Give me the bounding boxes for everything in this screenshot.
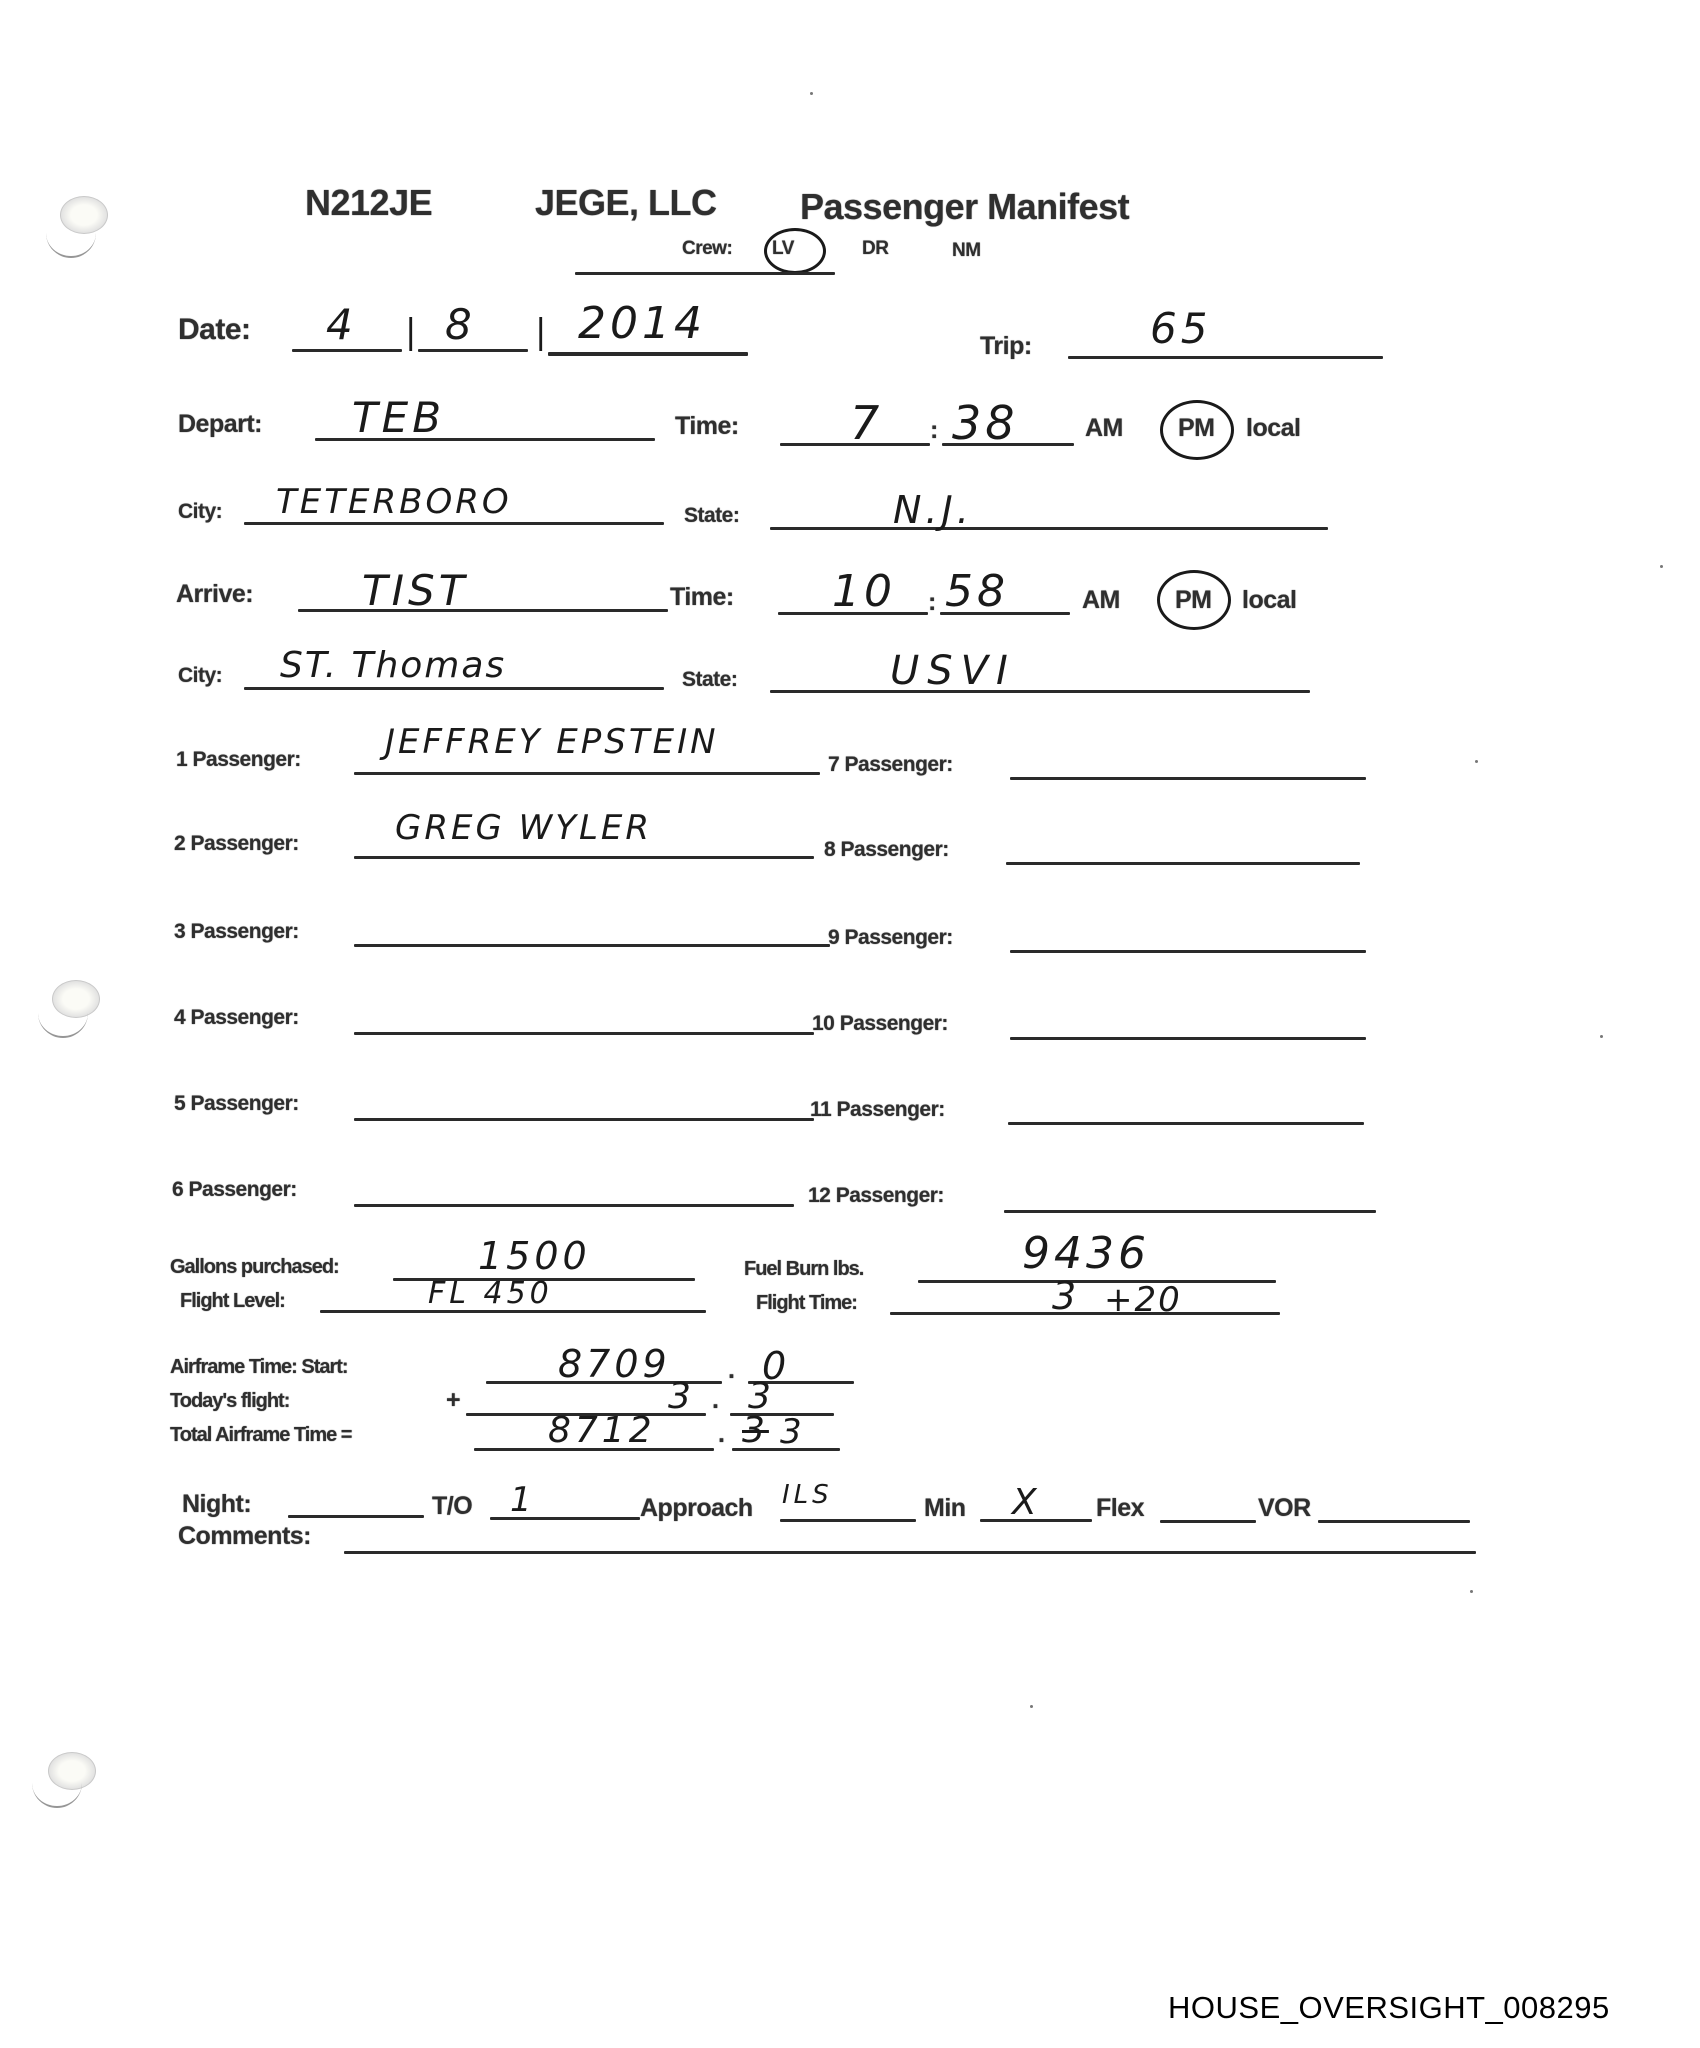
scan-speck [1600, 1035, 1603, 1038]
crew-label: Crew: [682, 238, 732, 260]
depart-hour-field[interactable]: 7 [850, 396, 883, 450]
scan-speck [1030, 1705, 1033, 1708]
punch-hole-mark [46, 232, 96, 258]
arrive-pm-circle [1157, 570, 1231, 630]
passenger-8-label: 8 Passenger: [824, 838, 949, 862]
arrive-hour-field[interactable]: 10 [832, 566, 896, 617]
passenger-6-label: 6 Passenger: [172, 1178, 297, 1202]
time-colon: : [930, 416, 938, 445]
passenger-3-label: 3 Passenger: [174, 920, 299, 944]
date-separator: | [535, 312, 550, 352]
arrive-line [298, 609, 668, 612]
passenger-5-label: 5 Passenger: [174, 1092, 299, 1116]
arrive-state-field[interactable]: USVI [890, 648, 1016, 694]
crew-underline [575, 272, 835, 275]
arrive-local-label: local [1242, 586, 1296, 615]
vor-line [1318, 1520, 1470, 1523]
document-title: Passenger Manifest [800, 186, 1129, 228]
flight-time-hours-field[interactable]: 3 [1052, 1274, 1080, 1318]
tail-number: N212JE [305, 182, 432, 224]
decimal-point: . [728, 1356, 734, 1385]
passenger-12-label: 12 Passenger: [808, 1184, 944, 1208]
date-month-field[interactable]: 4 [326, 300, 357, 349]
fuel-burn-line [918, 1280, 1276, 1283]
passenger-2-label: 2 Passenger: [174, 832, 299, 856]
depart-pm-circle [1160, 400, 1234, 460]
arrive-minute-field[interactable]: 58 [945, 566, 1009, 617]
date-month-line [292, 349, 402, 352]
arrive-time-label: Time: [670, 583, 734, 612]
arrive-state-label: State: [682, 668, 737, 692]
airframe-start-whole-field[interactable]: 8709 [558, 1342, 671, 1386]
total-airframe-tenths-field[interactable]: 3 [780, 1412, 806, 1452]
punch-hole-mark [32, 1782, 82, 1808]
scan-speck [1475, 760, 1478, 763]
takeoff-label: T/O [432, 1492, 472, 1521]
passenger-1-field[interactable]: JEFFREY EPSTEIN [385, 722, 719, 762]
todays-flight-whole-field[interactable]: 3 [668, 1376, 695, 1417]
night-label: Night: [182, 1490, 251, 1519]
depart-state-line [770, 527, 1328, 530]
gallons-field[interactable]: 1500 [478, 1234, 591, 1278]
airframe-start-label: Airframe Time: Start: [170, 1356, 348, 1379]
passenger-8-line [1006, 862, 1360, 865]
passenger-4-label: 4 Passenger: [174, 1006, 299, 1030]
struck-digit: 3 [742, 1410, 769, 1451]
passenger-6-line [354, 1204, 794, 1207]
passenger-7-line [1010, 777, 1366, 780]
arrive-city-field[interactable]: ST. Thomas [280, 645, 506, 686]
depart-city-label: City: [178, 500, 222, 524]
trip-label: Trip: [980, 332, 1032, 361]
todays-flight-label: Today's flight: [170, 1390, 289, 1413]
passenger-1-label: 1 Passenger: [176, 748, 301, 772]
date-separator: | [405, 312, 420, 352]
trip-line [1068, 356, 1383, 359]
date-year-field[interactable]: 2014 [578, 298, 706, 349]
passenger-9-label: 9 Passenger: [828, 926, 953, 950]
passenger-10-label: 10 Passenger: [812, 1012, 948, 1036]
depart-label: Depart: [178, 410, 262, 439]
crew-option-dr[interactable]: DR [862, 238, 888, 260]
decimal-point: . [718, 1420, 724, 1449]
passenger-5-line [354, 1118, 814, 1121]
flight-level-label: Flight Level: [180, 1290, 285, 1313]
approach-line [780, 1519, 916, 1522]
passenger-10-line [1010, 1037, 1366, 1040]
flight-time-line [890, 1312, 1280, 1315]
passenger-4-line [354, 1032, 814, 1035]
approach-field[interactable]: ILS [782, 1480, 833, 1510]
depart-field[interactable]: TEB [352, 393, 445, 442]
arrive-city-label: City: [178, 664, 222, 688]
arrive-city-line [244, 687, 664, 690]
total-airframe-label: Total Airframe Time = [170, 1424, 351, 1447]
date-year-line [548, 352, 748, 356]
plus-sign: + [446, 1386, 460, 1415]
trip-field[interactable]: 65 [1150, 304, 1211, 353]
passenger-2-line [354, 856, 814, 859]
scan-speck [810, 92, 813, 95]
fuel-burn-label: Fuel Burn lbs. [744, 1258, 863, 1281]
min-label: Min [924, 1494, 966, 1523]
passenger-2-field[interactable]: GREG WYLER [395, 808, 652, 848]
depart-city-line [244, 522, 664, 525]
comments-label: Comments: [178, 1522, 311, 1551]
crew-option-nm[interactable]: NM [952, 240, 981, 262]
punch-hole-top [60, 196, 108, 234]
company-name: JEGE, LLC [535, 182, 717, 224]
passenger-11-line [1008, 1122, 1364, 1125]
depart-minute-field[interactable]: 38 [952, 396, 1019, 450]
fuel-burn-field[interactable]: 9436 [1022, 1228, 1150, 1279]
passenger-3-line [354, 944, 830, 947]
depart-local-label: local [1246, 414, 1300, 443]
takeoff-field[interactable]: 1 [510, 1480, 536, 1520]
flight-time-label: Flight Time: [756, 1292, 857, 1315]
arrive-am-option[interactable]: AM [1082, 586, 1120, 615]
comments-line [344, 1551, 1476, 1554]
passenger-9-line [1010, 950, 1366, 953]
flight-level-field[interactable]: FL 450 [428, 1276, 553, 1311]
flex-label: Flex [1096, 1494, 1144, 1523]
date-day-field[interactable]: 8 [445, 300, 476, 349]
arrive-state-line [770, 690, 1310, 693]
passenger-11-label: 11 Passenger: [810, 1098, 945, 1122]
punch-hole-mark [38, 1012, 88, 1038]
time-colon: : [928, 588, 936, 617]
flight-time-minutes-field[interactable]: +20 [1104, 1280, 1182, 1320]
depart-state-label: State: [684, 504, 739, 528]
bates-number: HOUSE_OVERSIGHT_008295 [1168, 1990, 1610, 2026]
vor-label: VOR [1258, 1494, 1311, 1523]
depart-time-label: Time: [675, 412, 739, 441]
passenger-1-line [354, 772, 820, 775]
arrive-field[interactable]: TIST [362, 566, 468, 615]
min-field[interactable]: X [1012, 1482, 1041, 1523]
passenger-12-line [1004, 1210, 1376, 1213]
depart-am-option[interactable]: AM [1085, 414, 1123, 443]
arrive-label: Arrive: [176, 580, 253, 609]
scan-speck [1660, 565, 1663, 568]
approach-label: Approach [640, 1494, 753, 1523]
gallons-label: Gallons purchased: [170, 1256, 339, 1279]
scan-speck [1470, 1590, 1473, 1593]
decimal-point: . [712, 1386, 718, 1415]
passenger-7-label: 7 Passenger: [828, 753, 953, 777]
depart-city-field[interactable]: TETERBORO [276, 482, 512, 522]
night-line [288, 1515, 424, 1518]
date-day-line [418, 349, 528, 352]
crew-selected-circle [764, 228, 826, 274]
total-airframe-whole-field[interactable]: 8712 [548, 1410, 656, 1451]
flex-line [1160, 1520, 1256, 1523]
depart-state-field[interactable]: N.J. [893, 488, 973, 532]
date-label: Date: [178, 313, 251, 347]
